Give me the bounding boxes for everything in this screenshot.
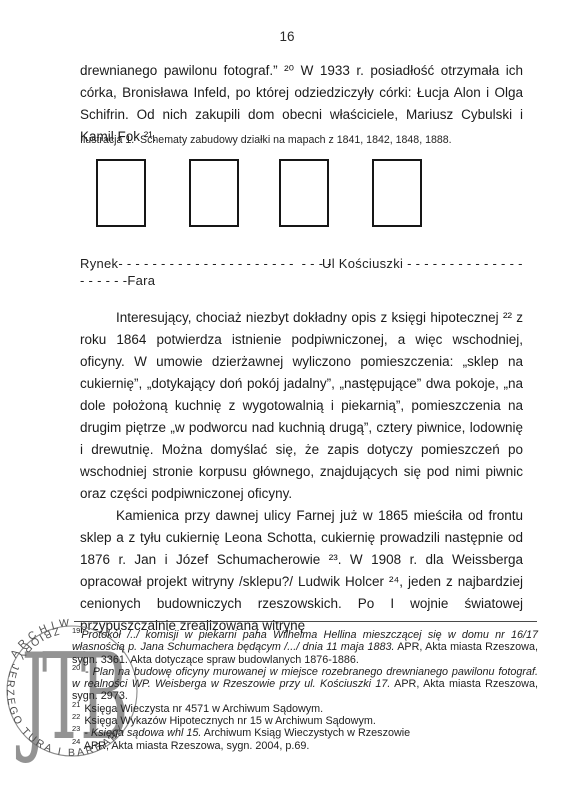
- document-page: 16 drewnianego pawilonu fotograf.” ²⁰ W …: [0, 0, 574, 800]
- paragraph-hipoteczna: Interesujący, chociaż niezbyt dokładny o…: [80, 307, 523, 505]
- kosciuszki-street-label: Ul Kościuszki - - - - - - - - - - - - - …: [322, 256, 523, 271]
- footnote-text: -: [81, 727, 91, 739]
- footnote-20: 20 - Plan na budowę oficyny murowanej w …: [72, 666, 538, 703]
- page-number: 16: [0, 29, 574, 44]
- svg-text:ARCHIW: ARCHIW: [8, 617, 74, 660]
- map-schema-box-1888: [372, 159, 422, 227]
- footnote-number: 19: [72, 626, 80, 635]
- footnotes-section: 19Protokół /../ komisji w piekarni pana …: [72, 629, 538, 752]
- footnote-23: 23 - Księga sądowa whl 15. Archiwum Ksią…: [72, 727, 538, 739]
- footnote-text: -: [81, 666, 92, 678]
- map-schema-box-1848: [279, 159, 329, 227]
- footnote-number: 24: [72, 737, 80, 746]
- footnote-24: 24 APR, Akta miasta Rzeszowa, sygn. 2004…: [72, 740, 538, 752]
- footnote-number: 20: [72, 663, 80, 672]
- main-text-block: Interesujący, chociaż niezbyt dokładny o…: [80, 307, 523, 637]
- stamp-arc-top-text: ARCHIW: [8, 617, 74, 660]
- footnote-number: 22: [72, 712, 80, 721]
- footnote-text-italic: Księga sądowa whl 15.: [91, 727, 201, 739]
- fara-street-label: - - - - - -Fara: [80, 273, 155, 288]
- footnote-text: Księga Wykazów Hipotecznych nr 15 w Arch…: [81, 715, 376, 727]
- footnote-separator: [74, 621, 537, 622]
- footnote-number: 21: [72, 700, 80, 709]
- footnote-19: 19Protokół /../ komisji w piekarni pana …: [72, 629, 538, 666]
- map-schema-box-1841: [96, 159, 146, 227]
- footnote-text: Archiwum Ksiąg Wieczystych w Rzeszowie: [201, 727, 410, 739]
- map-schema-box-1842: [189, 159, 239, 227]
- footnote-number: 23: [72, 724, 80, 733]
- footnote-text: APR, Akta miasta Rzeszowa, sygn. 2004, p…: [81, 740, 309, 752]
- illustration-caption: Ilustracja 1. Schematy zabudowy działki …: [80, 134, 523, 146]
- footnote-21: 21 Księga Wieczysta nr 4571 w Archiwum S…: [72, 703, 538, 715]
- footnote-22: 22 Księga Wykazów Hipotecznych nr 15 w A…: [72, 715, 538, 727]
- footnote-text: Księga Wieczysta nr 4571 w Archiwum Sądo…: [81, 703, 323, 715]
- rynek-street-label: Rynek- - - - - - - - - - - - - - - - - -…: [80, 256, 332, 271]
- paragraph-kamienica: Kamienica przy dawnej ulicy Farnej już w…: [80, 505, 523, 637]
